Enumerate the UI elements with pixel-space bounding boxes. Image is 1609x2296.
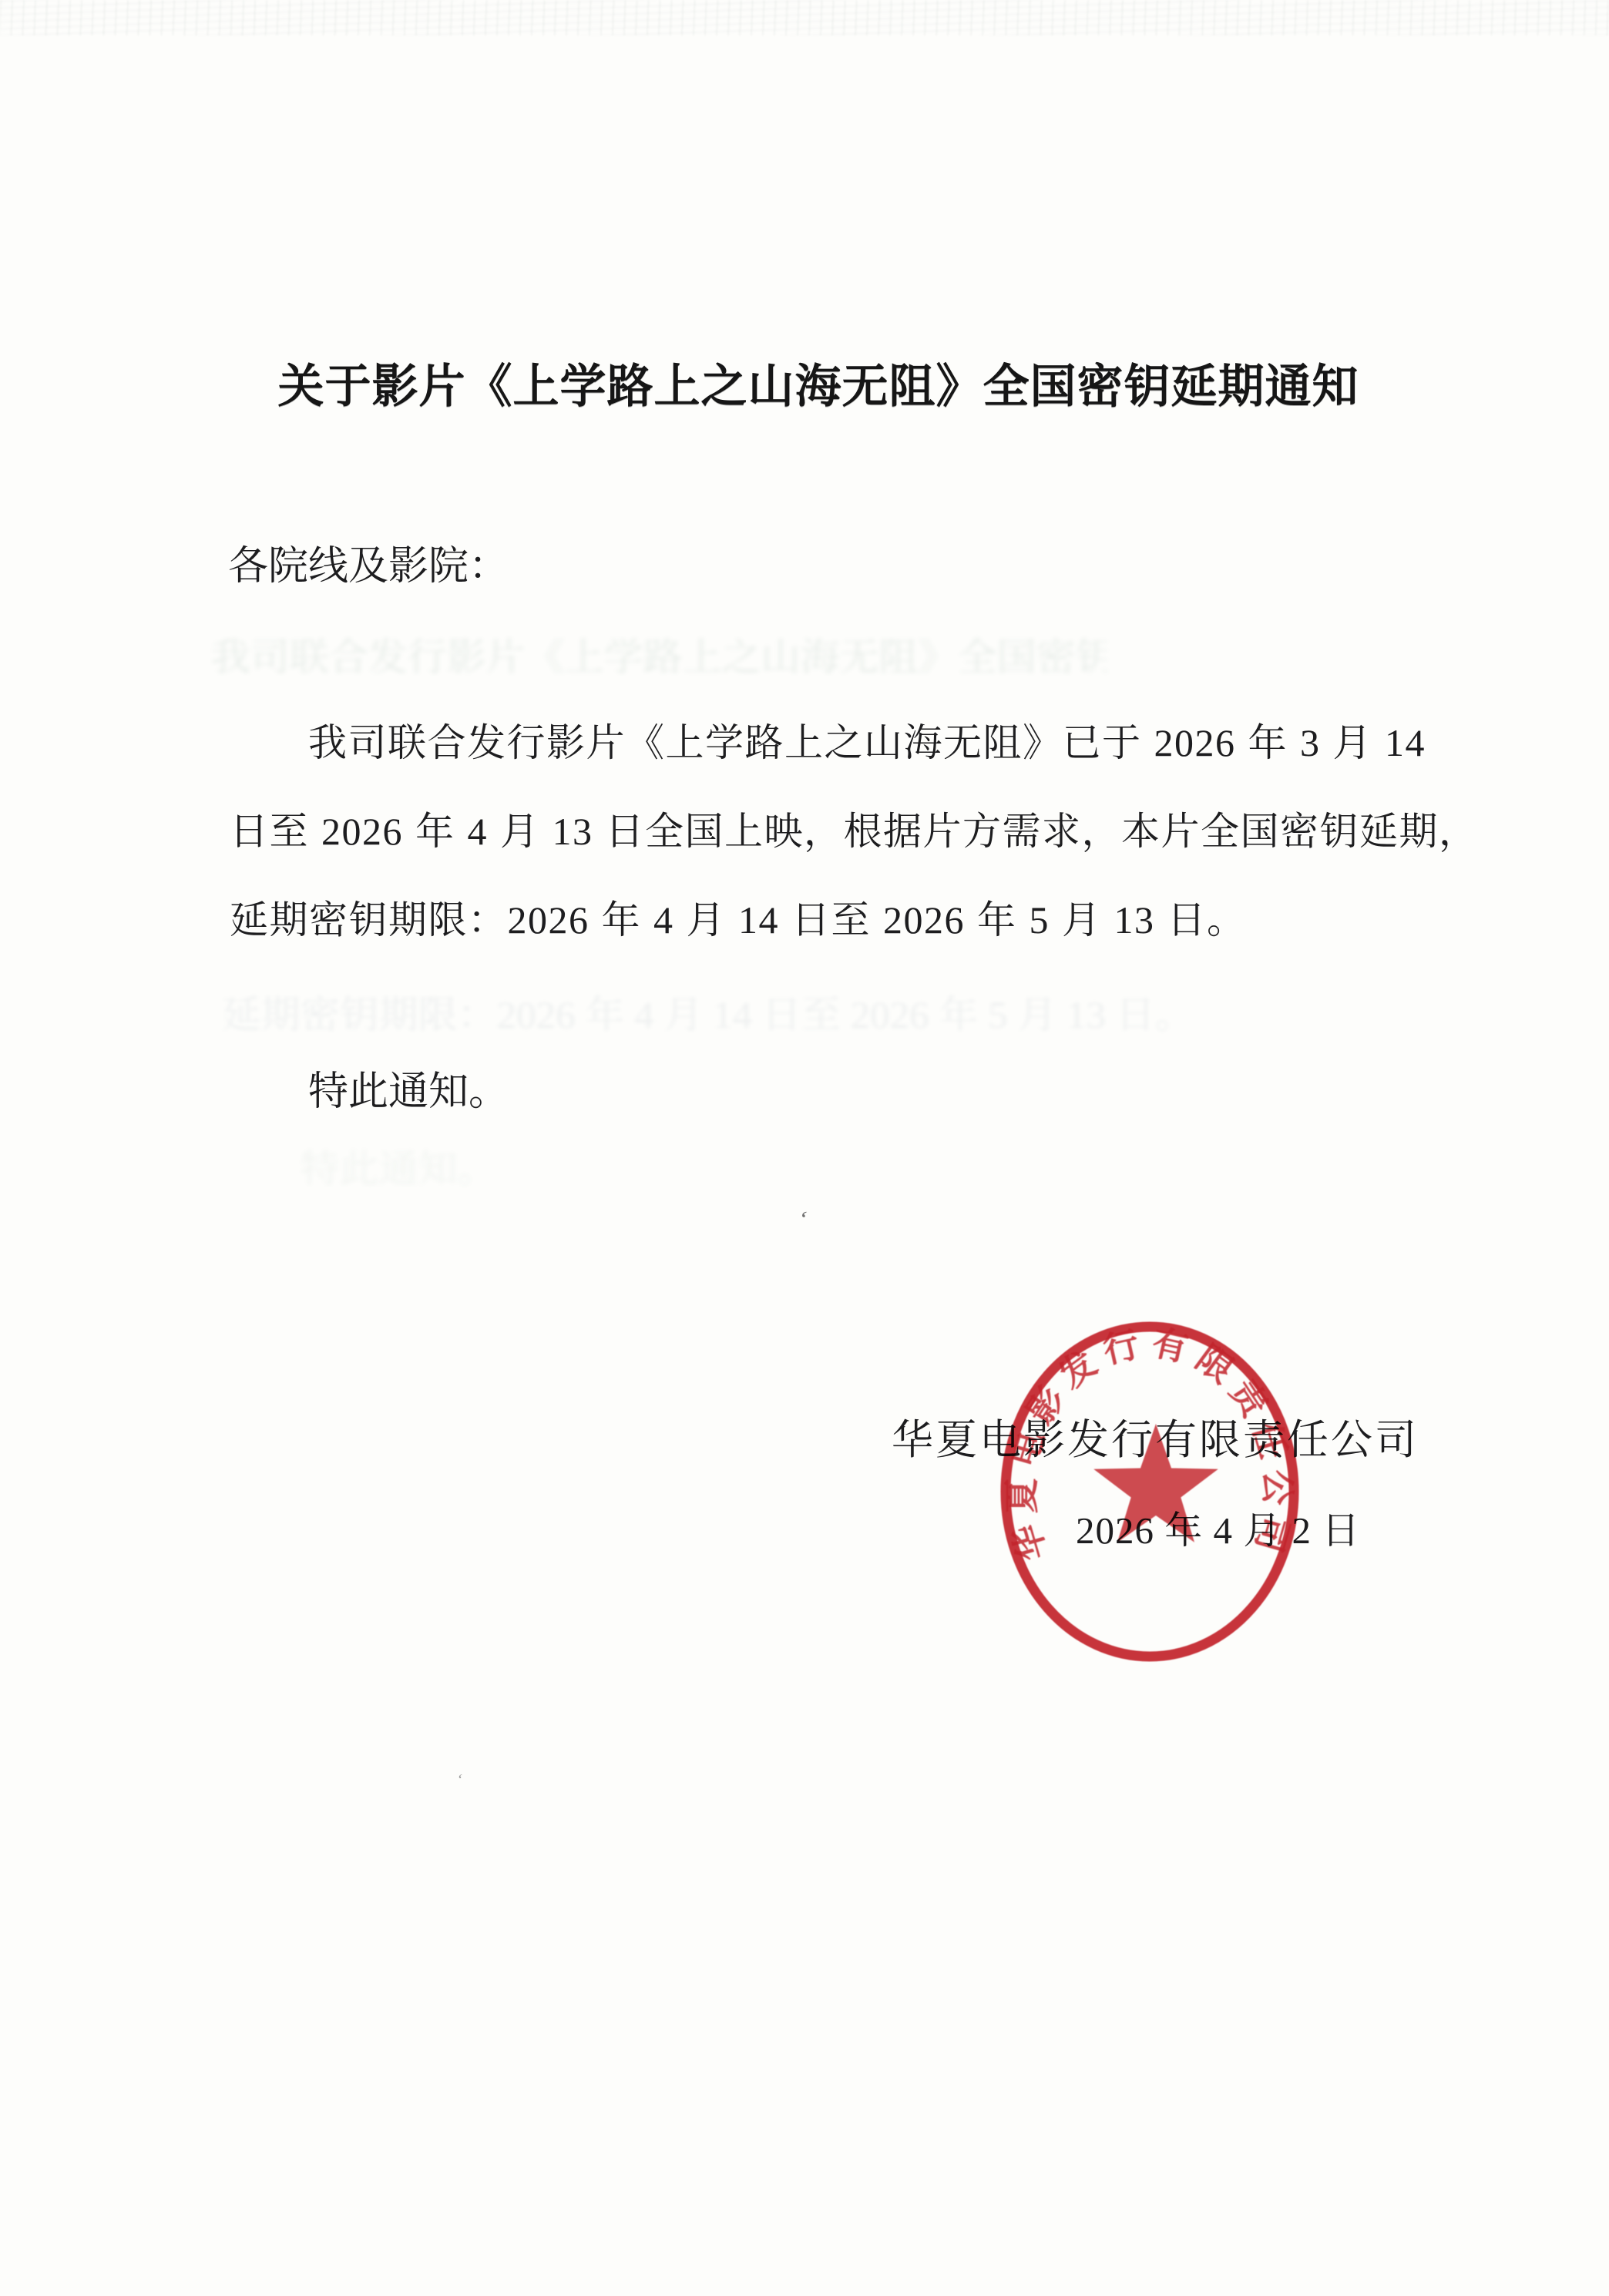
- signature-company: 华夏电影发行有限责任公司: [892, 1419, 1419, 1461]
- scanned-notice-page: 我司联合发行影片《上学路上之山海无阻》全国密钥延期通知 延期密钥期限：2026 …: [0, 0, 1609, 2296]
- body-line-1: 我司联合发行影片《上学路上之山海无阻》已于 2026 年 3 月 14: [308, 721, 1426, 766]
- closing-line: 特此通知。: [308, 1069, 509, 1116]
- ink-speck: ʻ: [797, 1207, 809, 1231]
- company-seal-stamp: 华夏电影发行有限责任公司: [994, 1316, 1305, 1672]
- ghost-text: 特此通知。: [301, 1150, 497, 1188]
- signature-date: 2026 年 4 月 2 日: [1076, 1512, 1360, 1549]
- body-line-3: 延期密钥期限：2026 年 4 月 14 日至 2026 年 5 月 13 日。: [230, 898, 1247, 943]
- ghost-text: 延期密钥期限：2026 年 4 月 14 日至 2026 年 5 月 13 日。: [222, 995, 1194, 1034]
- body-line-2: 日至 2026 年 4 月 13 日全国上映，根据片方需求，本片全国密钥延期，: [230, 810, 1479, 854]
- ghost-text: 我司联合发行影片《上学路上之山海无阻》全国密钥延期通知: [211, 638, 1107, 676]
- ink-speck: ʻ: [455, 1772, 464, 1788]
- salutation-line: 各院线及影院：: [228, 544, 509, 590]
- scanner-noise-strip: [0, 0, 1609, 35]
- page-title: 关于影片《上学路上之山海无阻》全国密钥延期通知: [278, 364, 1359, 410]
